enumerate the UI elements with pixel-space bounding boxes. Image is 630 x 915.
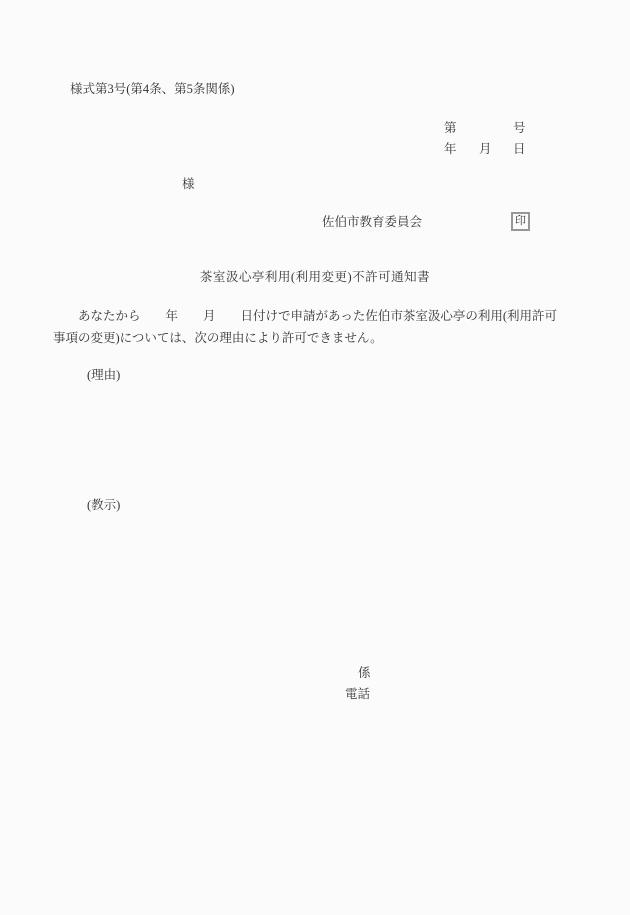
date-year-label: 年 [444, 142, 457, 157]
document-page: 様式第3号(第4条、第5条関係) 第 号 年 月 日 様 佐伯市教育委員会 印 … [0, 0, 630, 915]
date-month-label: 月 [479, 142, 492, 157]
footer-phone-label: 電話 [345, 687, 370, 702]
doc-number-suffix: 号 [513, 121, 526, 136]
addressee-honorific: 様 [182, 177, 195, 192]
body-paragraph: あなたから 年 月 日付けで申請があった佐伯市茶室汲心亭の利用(利用許可 事項の… [53, 306, 573, 349]
reason-heading: (理由) [87, 368, 120, 383]
issuer-name: 佐伯市教育委員会 [322, 215, 422, 230]
document-title: 茶室汲心亭利用(利用変更)不許可通知書 [0, 270, 630, 285]
seal-box: 印 [511, 212, 530, 231]
body-line-1: あなたから 年 月 日付けで申請があった佐伯市茶室汲心亭の利用(利用許可 [53, 306, 573, 328]
form-number-label: 様式第3号(第4条、第5条関係) [70, 82, 235, 97]
notice-heading: (教示) [87, 498, 120, 513]
seal-mark: 印 [515, 216, 526, 227]
date-day-label: 日 [513, 142, 526, 157]
doc-number-prefix: 第 [444, 121, 457, 136]
footer-section-label: 係 [358, 666, 371, 681]
body-line-2: 事項の変更)については、次の理由により許可できません。 [53, 328, 573, 350]
